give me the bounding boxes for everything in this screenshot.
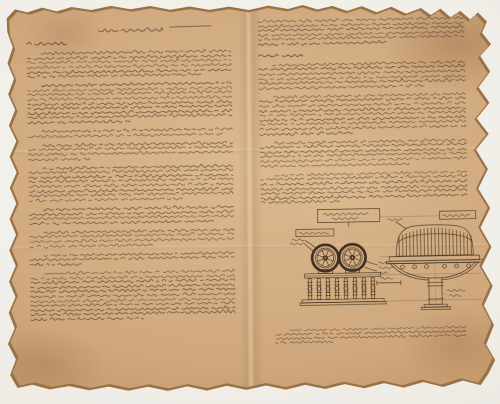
figure-caption <box>275 322 477 342</box>
handwriting-line <box>26 35 236 44</box>
drum-slats <box>398 227 471 255</box>
center-fold <box>5 4 492 7</box>
paragraph <box>28 136 238 159</box>
paper-surface <box>5 4 495 392</box>
paragraph <box>275 322 477 342</box>
paragraph <box>29 201 239 224</box>
right-page-paragraphs <box>258 55 475 202</box>
left-section-heading <box>26 35 236 44</box>
title-flourish-dash <box>169 25 211 27</box>
right-page <box>257 13 477 347</box>
paragraph <box>259 87 474 133</box>
figure-cartouche <box>317 208 379 227</box>
right-page-continuation <box>257 12 472 45</box>
scan-background <box>0 0 500 404</box>
technical-figure <box>287 203 477 318</box>
paragraph <box>30 265 241 320</box>
paragraph <box>27 77 238 123</box>
manuscript-paper <box>3 1 498 394</box>
figure-front-view <box>289 227 400 305</box>
paragraph <box>28 159 239 200</box>
handwriting-line <box>98 23 162 31</box>
paragraph <box>258 55 473 88</box>
paragraph <box>260 133 475 166</box>
title-row <box>98 19 236 31</box>
document-title <box>98 24 162 31</box>
paragraph <box>30 246 240 264</box>
paragraph <box>29 223 239 246</box>
figure-side-view <box>385 210 483 310</box>
paragraph <box>26 45 236 77</box>
paragraph <box>260 165 475 202</box>
figure-drawing <box>287 203 484 313</box>
left-page <box>26 19 241 324</box>
left-page-paragraphs <box>26 45 240 320</box>
paragraph <box>257 12 472 45</box>
